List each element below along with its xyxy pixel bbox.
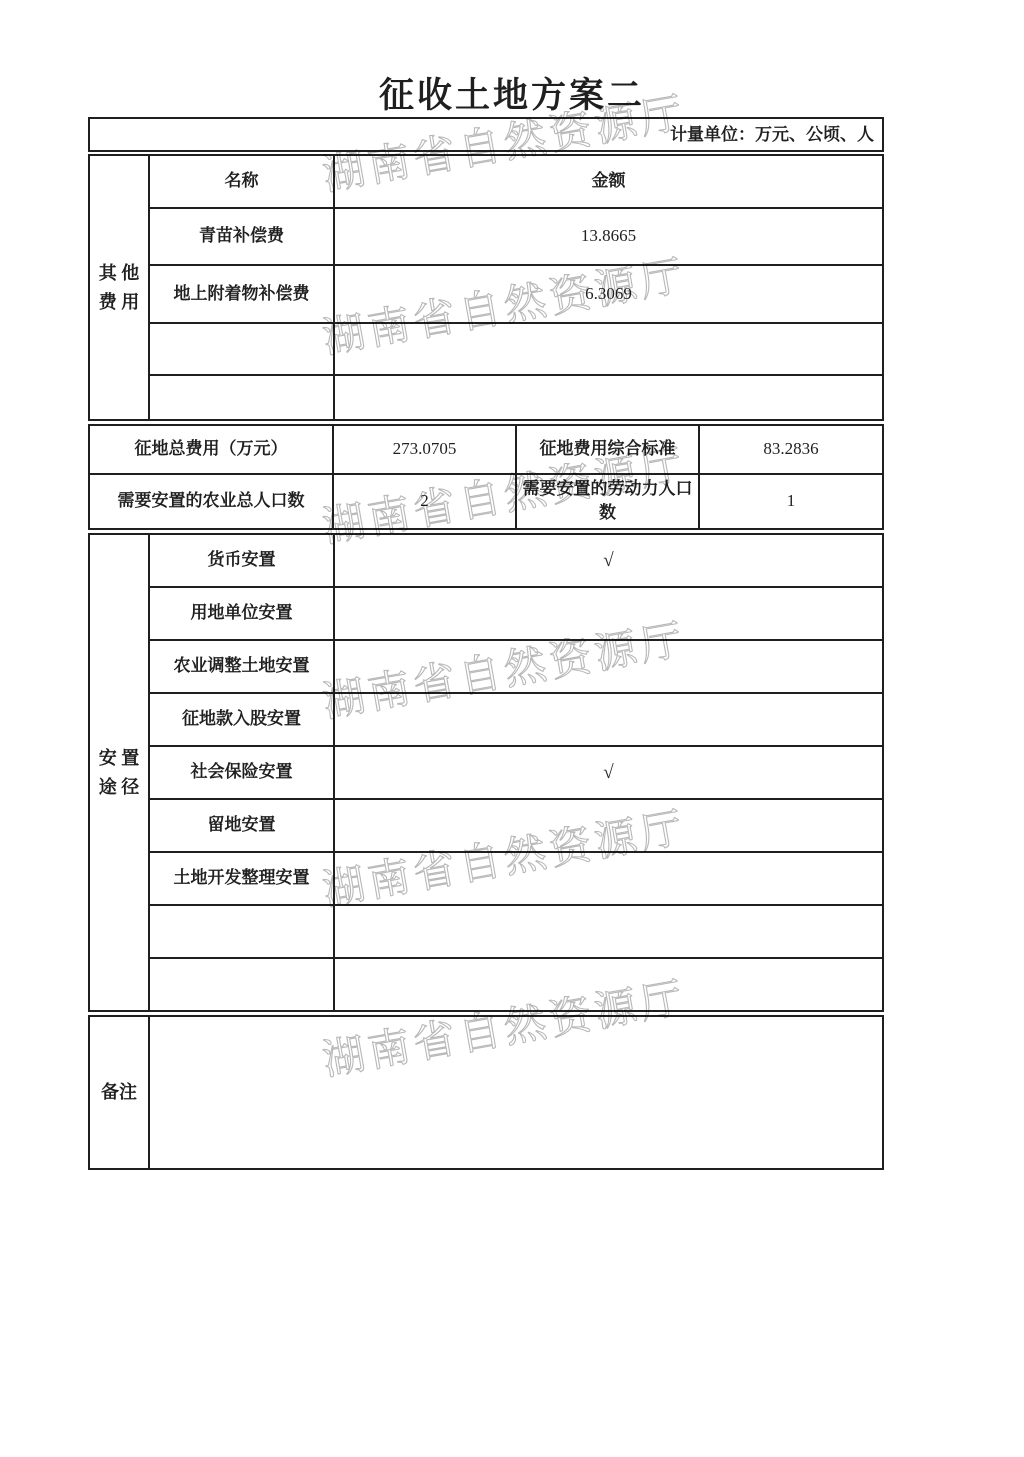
checkmark-cell [335, 588, 882, 639]
remarks-label-text: 备注 [101, 1078, 137, 1107]
table-row [150, 376, 882, 419]
channel-name: 留地安置 [150, 800, 335, 851]
checkmark-cell [335, 959, 882, 1010]
fee-amount: 13.8665 [335, 209, 882, 264]
scanned-form-page: 征收土地方案二 湖南省自然资源厅 湖南省自然资源厅 湖南省自然资源厅 湖南省自然… [0, 0, 1024, 1457]
table-header-row: 名称 金额 [150, 156, 882, 209]
fee-name: 地上附着物补偿费 [150, 266, 335, 322]
channel-name: 征地款入股安置 [150, 694, 335, 745]
labor-population-label: 需要安置的劳动力人口数 [517, 475, 700, 528]
table-row: 农业调整土地安置 [150, 641, 882, 694]
remarks-label: 备注 [90, 1017, 150, 1168]
other-fees-section: 其 他 费 用 名称 金额 青苗补偿费 13.8665 地上附着物补偿费 6.3… [88, 154, 884, 421]
channel-name: 农业调整土地安置 [150, 641, 335, 692]
checkmark-cell [335, 641, 882, 692]
fee-name [150, 376, 335, 419]
table-row: 货币安置 √ [150, 535, 882, 588]
fee-name [150, 324, 335, 374]
table-row: 留地安置 [150, 800, 882, 853]
page-title: 征收土地方案二 [0, 68, 1024, 118]
total-cost-value: 273.0705 [334, 426, 517, 473]
channel-name: 用地单位安置 [150, 588, 335, 639]
table-row: 土地开发整理安置 [150, 853, 882, 906]
table-row: 征地总费用（万元） 273.0705 征地费用综合标准 83.2836 [90, 426, 882, 475]
resettlement-group-label: 安 置 途 径 [90, 535, 150, 1010]
agri-population-label: 需要安置的农业总人口数 [90, 475, 334, 528]
unit-note-band: 计量单位：万元、公顷、人 [88, 117, 884, 152]
checkmark-cell: √ [335, 535, 882, 586]
resettlement-section: 安 置 途 径 货币安置 √ 用地单位安置 农业调整土地安置 征地款入股安置 社… [88, 533, 884, 1012]
channel-name [150, 959, 335, 1010]
table-row [150, 959, 882, 1010]
table-row: 青苗补偿费 13.8665 [150, 209, 882, 266]
agri-population-value: 2 [334, 475, 517, 528]
checkmark-cell [335, 694, 882, 745]
channel-name [150, 906, 335, 957]
table-row: 社会保险安置 √ [150, 747, 882, 800]
fee-amount [335, 324, 882, 374]
fee-name-header: 名称 [150, 156, 335, 207]
table-row [150, 324, 882, 376]
total-cost-label: 征地总费用（万元） [90, 426, 334, 473]
other-fees-group-label: 其 他 费 用 [90, 156, 150, 419]
checkmark-cell [335, 906, 882, 957]
fee-name: 青苗补偿费 [150, 209, 335, 264]
table-row: 用地单位安置 [150, 588, 882, 641]
table-row: 征地款入股安置 [150, 694, 882, 747]
checkmark-cell: √ [335, 747, 882, 798]
fee-amount [335, 376, 882, 419]
group-label-line: 途 径 [99, 773, 140, 802]
group-label-line: 安 置 [99, 744, 140, 773]
channel-name: 社会保险安置 [150, 747, 335, 798]
unit-note: 计量单位：万元、公顷、人 [90, 119, 882, 150]
table-row: 需要安置的农业总人口数 2 需要安置的劳动力人口数 1 [90, 475, 882, 528]
remarks-section: 备注 [88, 1015, 884, 1170]
checkmark-cell [335, 800, 882, 851]
labor-population-value: 1 [700, 475, 882, 528]
fee-amount: 6.3069 [335, 266, 882, 322]
channel-name: 土地开发整理安置 [150, 853, 335, 904]
comprehensive-standard-value: 83.2836 [700, 426, 882, 473]
summary-section: 征地总费用（万元） 273.0705 征地费用综合标准 83.2836 需要安置… [88, 424, 884, 530]
comprehensive-standard-label: 征地费用综合标准 [517, 426, 700, 473]
checkmark-cell [335, 853, 882, 904]
remarks-content [150, 1017, 882, 1168]
channel-name: 货币安置 [150, 535, 335, 586]
table-row [150, 906, 882, 959]
group-label-line: 其 他 [99, 259, 140, 288]
table-row: 地上附着物补偿费 6.3069 [150, 266, 882, 324]
fee-amount-header: 金额 [335, 156, 882, 207]
group-label-line: 费 用 [99, 288, 140, 317]
